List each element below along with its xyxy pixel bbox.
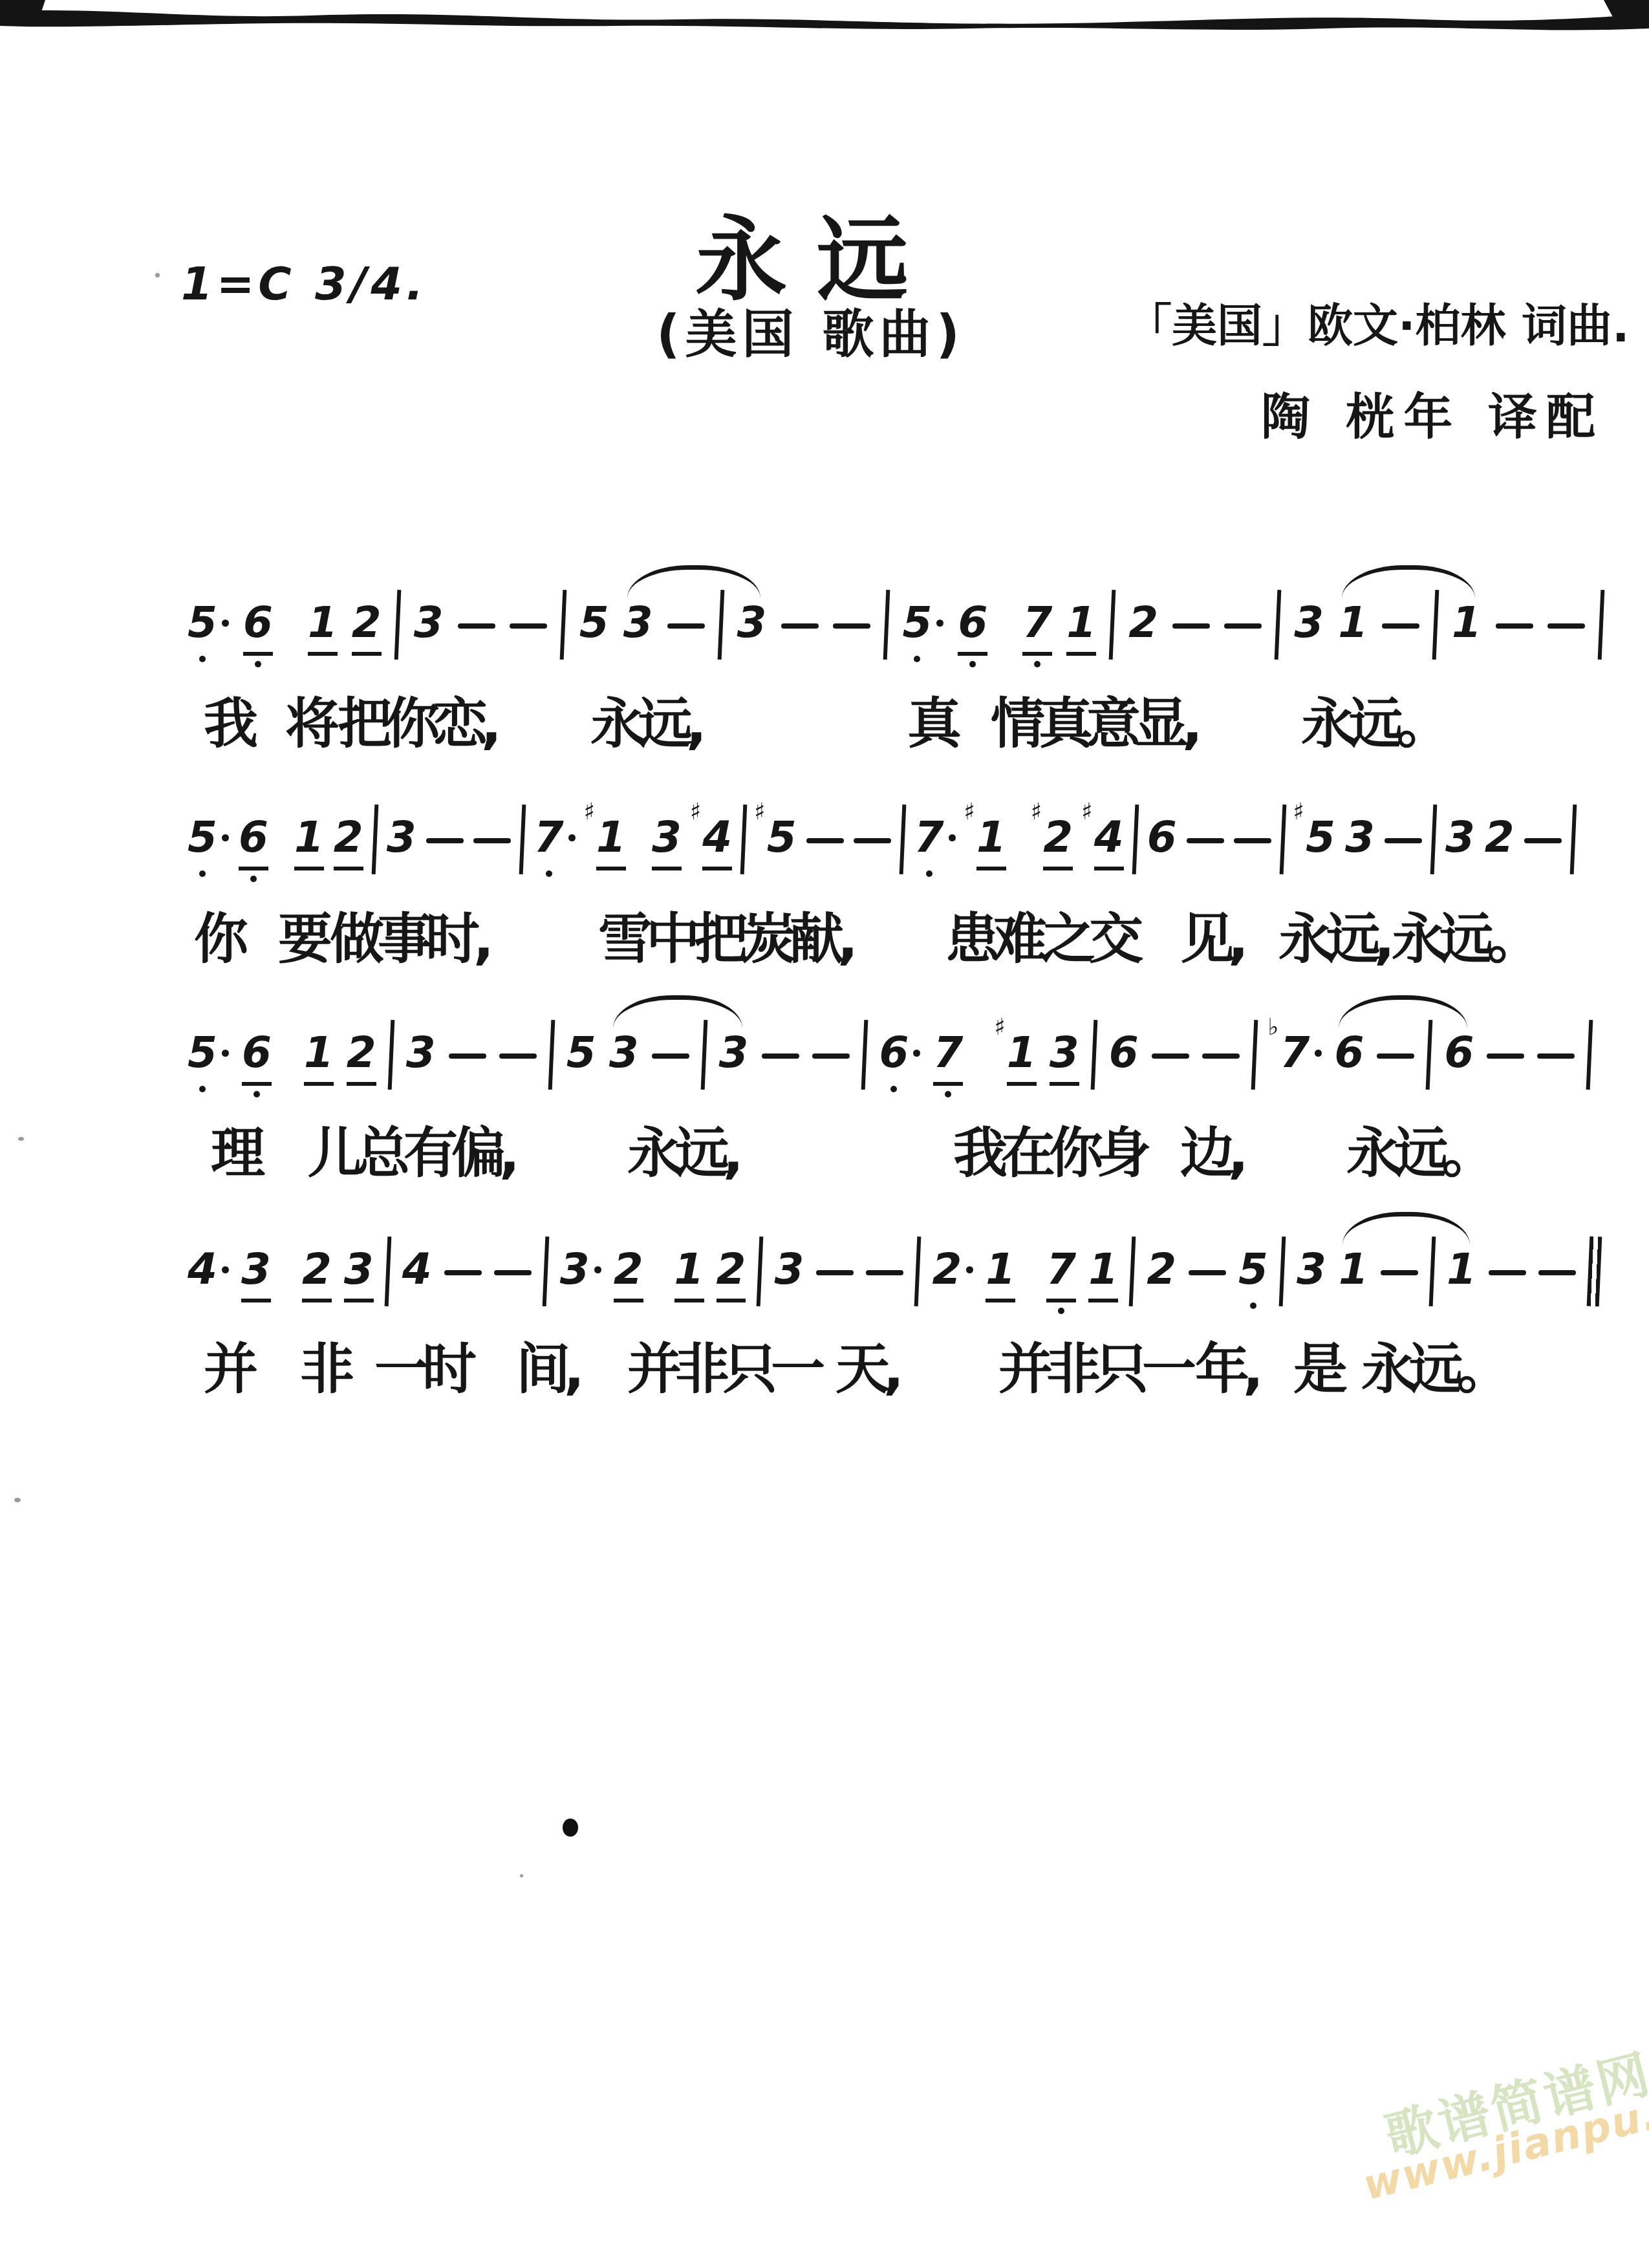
- ink-blot: [563, 1819, 578, 1837]
- sustain-dash: [667, 623, 705, 629]
- note-1: 1: [304, 1025, 334, 1086]
- lyric-text: 你: [194, 896, 242, 974]
- note-digit: 4: [188, 1242, 217, 1297]
- sustain-dash: [652, 1053, 689, 1059]
- note-3: 3: [406, 1025, 436, 1081]
- lyric-text: 见,: [1180, 896, 1242, 974]
- note-digit: 6: [239, 810, 268, 870]
- note-digit: 2: [334, 810, 363, 870]
- sheet-music-page: 1=C 3/4. 永远 (美国 歌曲) 「美国」欧文·柏林 词曲. 陶 桄年 译…: [0, 0, 1649, 2268]
- note-digit: 3: [1297, 1242, 1326, 1297]
- final-barline: [1586, 1237, 1602, 1307]
- augmentation-dot: [594, 1266, 601, 1273]
- note-digit: 3: [1050, 1025, 1079, 1086]
- spacer: [1028, 1242, 1034, 1242]
- note-7: 7: [933, 1025, 963, 1086]
- lyric-text: 永远,: [627, 1110, 737, 1188]
- note-digit: 7: [1046, 1242, 1076, 1302]
- note-1: ♯1: [965, 810, 1006, 870]
- lyric-text: 并非只一: [998, 1326, 1190, 1404]
- note-3: 3: [1345, 810, 1375, 865]
- barline: [1251, 1020, 1258, 1090]
- spacer: [283, 1242, 290, 1242]
- barline: [559, 590, 566, 660]
- note-digit: 5: [1238, 1242, 1268, 1297]
- sustain-dash: [510, 623, 547, 629]
- barline: [519, 805, 526, 874]
- note-2: 2: [717, 1242, 746, 1302]
- note-digit: 1: [1452, 595, 1482, 651]
- note-digit: 2: [932, 1242, 962, 1297]
- music-line-1: 5612353356712311: [188, 595, 1603, 673]
- note-digit: 5: [566, 1025, 596, 1081]
- note-5: 5: [903, 595, 932, 651]
- note-3: 3: [1294, 595, 1324, 651]
- lyric-text: 做事时,: [330, 896, 488, 974]
- note-digit: 3: [737, 595, 767, 651]
- note-2: 2: [302, 1242, 332, 1302]
- note-6: 6: [242, 1025, 272, 1086]
- note-digit: 5: [188, 595, 217, 651]
- lyrics-line-3: 理儿总有偏,永远,我在你身边,永远。: [0, 1110, 1649, 1207]
- note-digit: 2: [1128, 595, 1158, 651]
- sustain-dash: [1537, 1053, 1575, 1059]
- note-6: 6: [239, 810, 268, 870]
- note-2: 2: [614, 1242, 643, 1302]
- sharp-sign: ♯: [690, 801, 701, 824]
- note-7: 7: [1022, 595, 1052, 656]
- note-5: 5: [188, 1025, 217, 1081]
- note-digit: 3: [387, 810, 416, 865]
- lyric-text: 把你恋,: [338, 680, 495, 759]
- song-subtitle: (美国 歌曲): [656, 292, 965, 367]
- flat-sign: ♭: [1268, 1016, 1279, 1039]
- note-digit: 6: [1109, 1025, 1139, 1081]
- note-digit: 4: [402, 1242, 432, 1297]
- note-3: 3: [1297, 1242, 1326, 1297]
- note-2: ♯2: [1032, 810, 1073, 870]
- augmentation-dot: [936, 620, 943, 627]
- note-2: 2: [352, 595, 382, 656]
- note-digit: 2: [302, 1242, 332, 1302]
- note-5: ♯5: [755, 810, 796, 865]
- note-7: ♭7: [1269, 1025, 1310, 1081]
- lyric-text: 我: [204, 680, 252, 759]
- note-2: 2: [932, 1242, 962, 1297]
- barline: [371, 805, 378, 874]
- sustain-dash: [1224, 623, 1262, 629]
- scan-artifact-top-edge: [0, 0, 1649, 45]
- lyric-text: 永远。: [1346, 1110, 1490, 1188]
- lyric-text: 永远,: [1278, 896, 1388, 974]
- note-1: 1: [1088, 1242, 1118, 1302]
- note-digit: 5: [1306, 810, 1335, 865]
- lyric-text: 间,: [516, 1326, 578, 1404]
- spacer: [1016, 810, 1022, 810]
- sustain-dash: [1187, 838, 1224, 843]
- barline: [914, 1237, 921, 1306]
- note-5: 5: [1238, 1242, 1268, 1297]
- note-5: 5: [566, 1025, 596, 1081]
- lyrics-line-1: 我将把你恋,永远,真情真意显,永远。: [0, 680, 1649, 777]
- lyric-text: 边,: [1180, 1110, 1242, 1188]
- note-3: 3: [719, 1025, 749, 1081]
- note-digit: 1: [294, 810, 324, 870]
- augmentation-dot: [949, 834, 956, 841]
- note-1: 1: [1452, 595, 1482, 651]
- note-digit: 5: [579, 595, 609, 651]
- sharp-sign: ♯: [1081, 801, 1092, 824]
- note-digit: 5: [188, 1025, 217, 1081]
- sustain-dash: [806, 838, 844, 843]
- lyrics-line-4: 并非一时间,并非只一天,并非只一年,是永远。: [0, 1326, 1649, 1423]
- note-digit: 2: [717, 1242, 746, 1302]
- note-3: 3: [609, 1025, 639, 1081]
- tie-arc: 11: [1338, 595, 1482, 660]
- lyric-text: 永远。: [1361, 1326, 1505, 1404]
- lyric-text: 并: [204, 1326, 252, 1404]
- tie-arc: 66: [1335, 1025, 1474, 1090]
- barline: [1275, 590, 1282, 660]
- note-digit: 2: [614, 1242, 643, 1302]
- lyric-text: 要: [278, 896, 326, 974]
- note-3: 3: [387, 810, 416, 865]
- note-digit: 7: [933, 1025, 963, 1086]
- lyric-text: 天,: [835, 1326, 898, 1404]
- barline: [883, 590, 890, 660]
- note-1: 1: [1066, 595, 1096, 656]
- note-digit: 7: [534, 810, 564, 865]
- music-line-4: 4323432123217125311: [188, 1242, 1600, 1319]
- note-4: 4: [402, 1242, 432, 1297]
- sustain-dash: [1496, 623, 1533, 629]
- note-digit: 3: [623, 595, 653, 651]
- note-3: 3: [1445, 810, 1475, 865]
- barline: [387, 1020, 394, 1090]
- note-digit: 6: [1335, 1025, 1364, 1081]
- note-2: 2: [334, 810, 363, 870]
- note-1: 1: [986, 1242, 1015, 1302]
- note-digit: 3: [652, 810, 682, 870]
- tie-arc: 33: [609, 1025, 749, 1090]
- translator-credit: 陶 桄年 译配: [1261, 378, 1604, 448]
- barline: [740, 805, 748, 874]
- augmentation-dot: [222, 1266, 229, 1273]
- paper-speck: [14, 1498, 21, 1502]
- sustain-dash: [1202, 1053, 1240, 1059]
- note-digit: 1: [976, 810, 1006, 870]
- sustain-dash: [1172, 623, 1210, 629]
- note-3: 3: [774, 1242, 804, 1297]
- note-7: 7: [1046, 1242, 1076, 1302]
- note-digit: 1: [1007, 1025, 1037, 1086]
- lyric-text: 是: [1293, 1326, 1341, 1404]
- lyric-text: 将: [285, 680, 333, 759]
- note-3: 3: [623, 595, 653, 651]
- note-6: 6: [1109, 1025, 1139, 1081]
- note-4: ♯4: [1083, 810, 1123, 870]
- augmentation-dot: [1315, 1050, 1322, 1057]
- note-digit: 3: [1445, 810, 1475, 865]
- lyric-text: 并非只一: [627, 1326, 819, 1404]
- sustain-dash: [1382, 623, 1419, 629]
- note-digit: 1: [1066, 595, 1096, 656]
- note-6: 6: [1444, 1025, 1474, 1081]
- note-4: ♯4: [691, 810, 732, 870]
- barline: [548, 1020, 555, 1090]
- paper-speck: [155, 273, 160, 277]
- tie-arc: 33: [623, 595, 767, 660]
- note-5: 5: [188, 595, 217, 651]
- note-1: 1: [1447, 1242, 1476, 1297]
- spacer: [287, 595, 294, 596]
- note-digit: 2: [347, 1025, 376, 1086]
- note-7: 7: [534, 810, 564, 865]
- note-digit: 1: [1339, 1242, 1368, 1297]
- paper-speck: [18, 1137, 24, 1141]
- lyric-text: 我在你身: [953, 1110, 1145, 1188]
- note-digit: 5: [767, 810, 797, 865]
- sustain-dash: [781, 623, 819, 629]
- barline: [757, 1237, 764, 1306]
- note-digit: 3: [1345, 810, 1375, 865]
- barline: [1430, 805, 1438, 874]
- note-2: 2: [1147, 1242, 1176, 1297]
- note-5: 5: [188, 810, 217, 865]
- barline: [861, 1020, 868, 1090]
- note-digit: 3: [560, 1242, 590, 1297]
- note-1: ♯1: [585, 810, 626, 870]
- sustain-dash: [1487, 1053, 1524, 1059]
- note-3: 3: [737, 595, 767, 651]
- note-7: 7: [914, 810, 944, 865]
- barline: [1090, 1020, 1097, 1090]
- note-digit: 3: [414, 595, 444, 651]
- sustain-dash: [812, 1053, 850, 1059]
- note-1: 1: [1338, 595, 1368, 651]
- note-digit: 5: [903, 595, 932, 651]
- sustain-dash: [426, 838, 464, 843]
- note-3: 3: [414, 595, 444, 651]
- sustain-dash: [1538, 1270, 1576, 1275]
- note-digit: 1: [674, 1242, 704, 1302]
- note-digit: 6: [243, 595, 273, 656]
- lyric-text: 永远,: [590, 680, 700, 759]
- note-2: 2: [1485, 810, 1514, 865]
- note-6: 6: [1147, 810, 1177, 865]
- sustain-dash: [458, 623, 495, 629]
- note-digit: 1: [304, 1025, 334, 1086]
- sustain-dash: [866, 1270, 903, 1275]
- note-6: 6: [1335, 1025, 1364, 1081]
- spacer: [636, 810, 642, 810]
- barline: [1109, 590, 1116, 660]
- sustain-dash: [449, 1053, 486, 1059]
- note-1: 1: [1339, 1242, 1368, 1297]
- sustain-dash: [473, 838, 511, 843]
- note-digit: 1: [596, 810, 626, 870]
- lyric-text: 情真意显,: [991, 680, 1196, 759]
- note-digit: 6: [958, 595, 987, 656]
- augmentation-dot: [222, 620, 229, 627]
- paper-speck: [520, 1874, 523, 1877]
- barline: [1132, 805, 1139, 874]
- music-line-3: 5612353367♯136♭766: [188, 1025, 1591, 1103]
- lyric-text: 一时: [374, 1326, 470, 1404]
- sustain-dash: [816, 1270, 854, 1275]
- sustain-dash: [1189, 1270, 1226, 1275]
- barline: [542, 1237, 549, 1306]
- lyric-text: 永远。: [1301, 680, 1445, 759]
- note-digit: 3: [719, 1025, 749, 1081]
- sharp-sign: ♯: [994, 1016, 1005, 1039]
- note-digit: 7: [1280, 1025, 1310, 1081]
- barline: [1129, 1237, 1136, 1306]
- barline: [384, 1237, 391, 1306]
- barline: [1586, 1020, 1593, 1090]
- note-digit: 1: [1338, 595, 1368, 651]
- note-6: 6: [243, 595, 273, 656]
- note-digit: 1: [1088, 1242, 1118, 1302]
- lyric-text: 真: [907, 680, 955, 759]
- note-5: 5: [579, 595, 609, 651]
- lyric-text: 非: [300, 1326, 348, 1404]
- note-digit: 6: [879, 1025, 909, 1081]
- barline: [717, 590, 724, 660]
- lyric-text: 雪中把炭献,: [598, 896, 852, 974]
- spacer: [285, 1025, 291, 1026]
- augmentation-dot: [568, 834, 576, 841]
- barline: [1279, 1237, 1286, 1306]
- sharp-sign: ♯: [964, 801, 975, 824]
- note-4: 4: [188, 1242, 217, 1297]
- note-digit: 3: [609, 1025, 639, 1081]
- sustain-dash: [1152, 1053, 1189, 1059]
- note-6: 6: [879, 1025, 909, 1081]
- tie-arc: 11: [1339, 1242, 1476, 1306]
- music-line-2: 561237♯13♯4♯57♯1♯2♯46♯5332: [188, 810, 1575, 887]
- note-digit: 4: [1094, 810, 1124, 870]
- note-1: ♯1: [995, 1025, 1036, 1086]
- sustain-dash: [1385, 838, 1422, 843]
- note-digit: 4: [702, 810, 732, 870]
- sustain-dash: [1547, 623, 1585, 629]
- barline: [1598, 590, 1605, 660]
- barline: [1429, 1237, 1436, 1306]
- sustain-dash: [1381, 1270, 1418, 1275]
- note-digit: 6: [1444, 1025, 1474, 1081]
- note-digit: 3: [241, 1242, 271, 1302]
- augmentation-dot: [222, 1050, 229, 1057]
- note-digit: 2: [1147, 1242, 1176, 1297]
- spacer: [976, 1025, 982, 1026]
- note-digit: 2: [1043, 810, 1073, 870]
- note-3: 3: [560, 1242, 590, 1297]
- note-1: 1: [308, 595, 338, 656]
- barline: [899, 805, 906, 874]
- spacer: [278, 810, 285, 810]
- sharp-sign: ♯: [754, 801, 765, 824]
- note-digit: 6: [242, 1025, 272, 1086]
- sustain-dash: [1377, 1053, 1414, 1059]
- barline: [1569, 805, 1577, 874]
- lyric-text: 年,: [1195, 1326, 1257, 1404]
- barline: [1279, 805, 1286, 874]
- note-digit: 3: [406, 1025, 436, 1081]
- note-digit: 2: [1485, 810, 1514, 865]
- sharp-sign: ♯: [1293, 801, 1304, 824]
- note-digit: 1: [308, 595, 338, 656]
- note-digit: 5: [188, 810, 217, 865]
- lyric-text: 永远。: [1392, 896, 1535, 974]
- note-2: 2: [347, 1025, 376, 1086]
- note-1: 1: [674, 1242, 704, 1302]
- note-digit: 3: [774, 1242, 804, 1297]
- sustain-dash: [499, 1053, 537, 1059]
- sharp-sign: ♯: [584, 801, 595, 824]
- sustain-dash: [854, 838, 891, 843]
- note-digit: 2: [352, 595, 382, 656]
- sustain-dash: [1489, 1270, 1526, 1275]
- barline: [394, 590, 401, 660]
- augmentation-dot: [966, 1266, 973, 1273]
- note-3: 3: [1050, 1025, 1079, 1086]
- note-2: 2: [1128, 595, 1158, 651]
- note-6: 6: [958, 595, 987, 656]
- sustain-dash: [833, 623, 870, 629]
- sustain-dash: [762, 1053, 799, 1059]
- lyrics-line-2: 你要做事时,雪中把炭献,患难之交见,永远,永远。: [0, 896, 1649, 993]
- augmentation-dot: [913, 1050, 920, 1057]
- note-digit: 1: [1447, 1242, 1476, 1297]
- composer-credit: 「美国」欧文·柏林 词曲.: [1126, 290, 1630, 355]
- sustain-dash: [444, 1270, 482, 1275]
- note-3: 3: [344, 1242, 374, 1302]
- note-digit: 6: [1147, 810, 1177, 865]
- sharp-sign: ♯: [1031, 801, 1042, 824]
- note-5: ♯5: [1295, 810, 1335, 865]
- barline: [1432, 590, 1439, 660]
- key-signature: 1=C 3/4.: [181, 257, 427, 310]
- lyric-text: 理: [211, 1110, 259, 1188]
- note-1: 1: [294, 810, 324, 870]
- note-digit: 7: [1022, 595, 1052, 656]
- note-digit: 7: [914, 810, 944, 865]
- sustain-dash: [494, 1270, 532, 1275]
- augmentation-dot: [222, 834, 229, 841]
- barline: [1426, 1020, 1433, 1090]
- lyric-text: 儿总有偏,: [308, 1110, 513, 1188]
- spacer: [656, 1242, 662, 1242]
- site-watermark: 歌谱简谱网 www.jianpu.cn: [1381, 2035, 1649, 2199]
- note-digit: 3: [1294, 595, 1324, 651]
- note-digit: 1: [986, 1242, 1015, 1302]
- lyric-text: 患难之交: [945, 896, 1137, 974]
- note-3: 3: [652, 810, 682, 870]
- sustain-dash: [1524, 838, 1562, 843]
- spacer: [1002, 595, 1008, 596]
- sustain-dash: [1234, 838, 1271, 843]
- note-3: 3: [241, 1242, 271, 1302]
- barline: [700, 1020, 707, 1090]
- note-digit: 3: [344, 1242, 374, 1302]
